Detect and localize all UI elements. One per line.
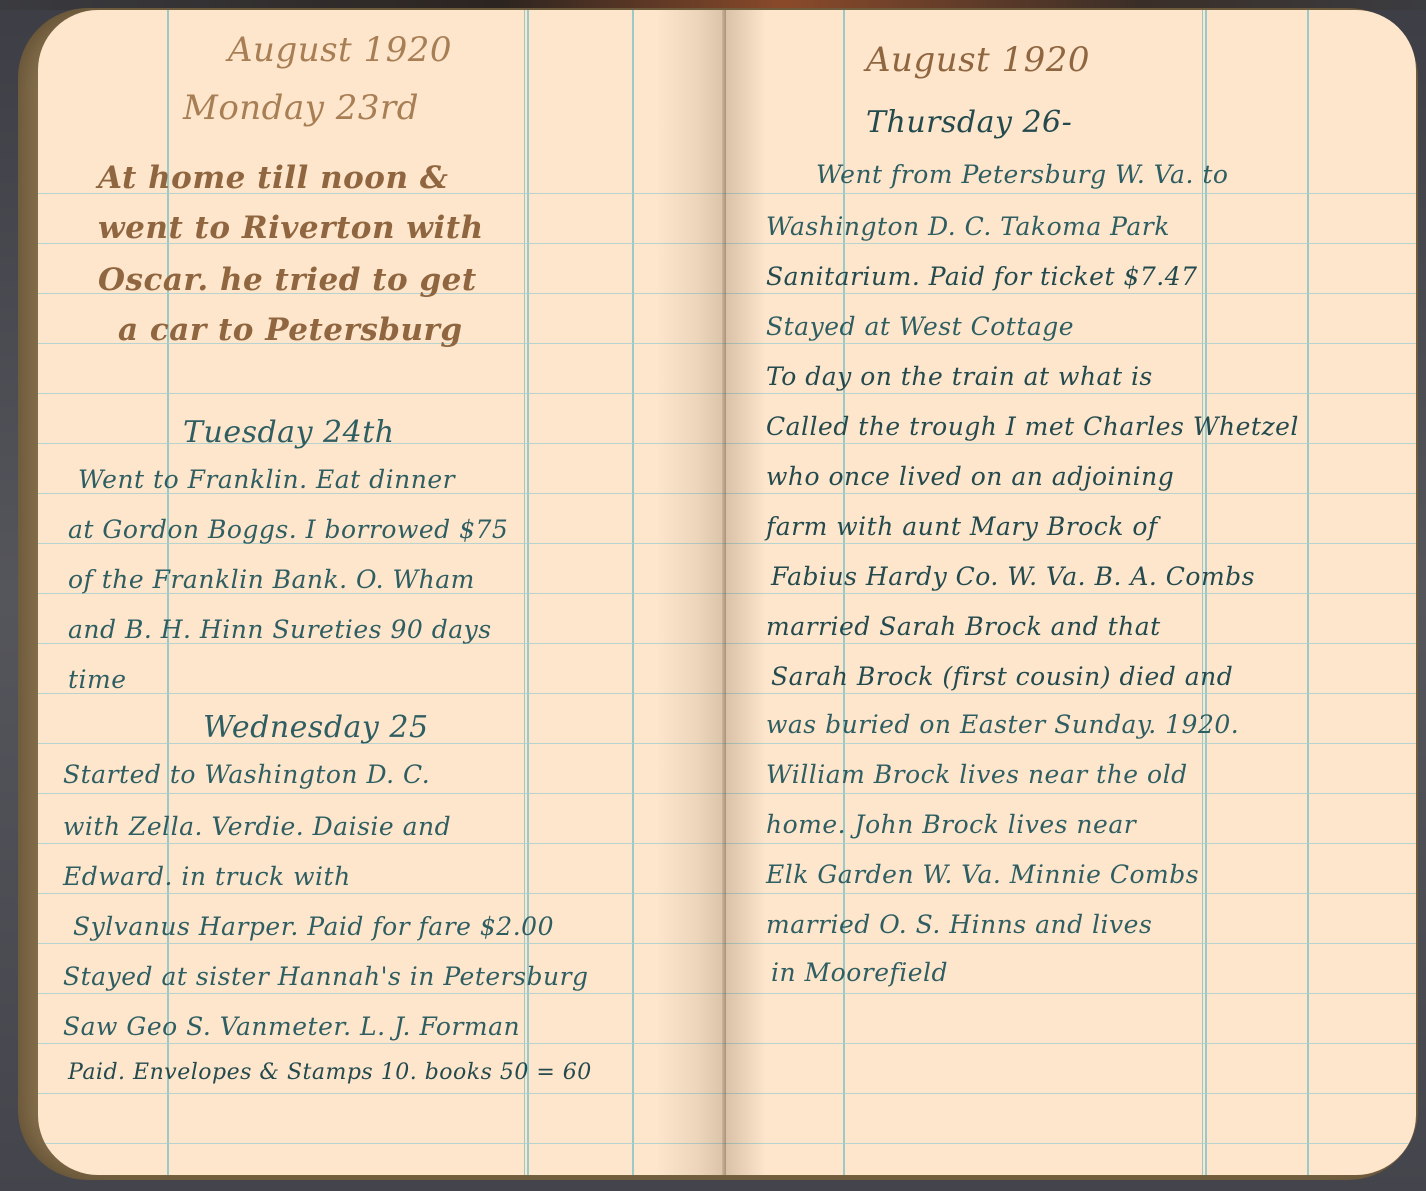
ruling-horizontal bbox=[726, 243, 1416, 244]
ruling-horizontal bbox=[726, 443, 1416, 444]
ruling-horizontal bbox=[38, 993, 726, 994]
left-page: August 1920 Monday 23rd At home till noo… bbox=[38, 10, 726, 1175]
entry-line: a car to Petersburg bbox=[118, 312, 463, 348]
entry-line: At home till noon & bbox=[98, 160, 448, 196]
ruling-horizontal bbox=[726, 193, 1416, 194]
entry-line: Sanitarium. Paid for ticket $7.47 bbox=[766, 262, 1198, 291]
ruling-horizontal bbox=[726, 1093, 1416, 1094]
entry-line: Oscar. he tried to get bbox=[98, 262, 477, 298]
entry-line: married Sarah Brock and that bbox=[766, 612, 1161, 641]
entry-line: home. John Brock lives near bbox=[766, 810, 1136, 839]
ruling-horizontal bbox=[38, 893, 726, 894]
entry-line: Edward. in truck with bbox=[63, 862, 351, 891]
entry-line: of the Franklin Bank. O. Wham bbox=[68, 565, 475, 594]
day-heading-monday: Monday 23rd bbox=[183, 88, 419, 128]
entry-line: Sylvanus Harper. Paid for fare $2.00 bbox=[73, 912, 554, 941]
month-header: August 1920 bbox=[228, 30, 452, 70]
entry-line: farm with aunt Mary Brock of bbox=[766, 512, 1158, 541]
ruling-horizontal bbox=[726, 1043, 1416, 1044]
ruling-horizontal bbox=[726, 343, 1416, 344]
ruling-horizontal bbox=[726, 743, 1416, 744]
entry-line: Stayed at West Cottage bbox=[766, 312, 1074, 341]
entry-line: was buried on Easter Sunday. 1920. bbox=[766, 710, 1239, 739]
entry-line: in Moorefield bbox=[771, 958, 948, 987]
ruling-horizontal bbox=[726, 393, 1416, 394]
entry-line: Started to Washington D. C. bbox=[63, 760, 430, 789]
ruling-horizontal bbox=[726, 493, 1416, 494]
entry-line: time bbox=[68, 665, 127, 694]
ruling-horizontal bbox=[38, 943, 726, 944]
entry-line: Saw Geo S. Vanmeter. L. J. Forman bbox=[63, 1012, 520, 1041]
day-heading-thursday: Thursday 26- bbox=[866, 105, 1072, 140]
ruling-horizontal bbox=[726, 693, 1416, 694]
ruling-horizontal bbox=[38, 693, 726, 694]
ruling-horizontal bbox=[726, 643, 1416, 644]
ruling-horizontal bbox=[38, 1093, 726, 1094]
entry-line: and B. H. Hinn Sureties 90 days bbox=[68, 615, 492, 644]
ruling-horizontal bbox=[38, 1143, 726, 1144]
entry-line: Elk Garden W. Va. Minnie Combs bbox=[766, 860, 1199, 889]
entry-line: Went to Franklin. Eat dinner bbox=[78, 465, 455, 494]
entry-line: William Brock lives near the old bbox=[766, 760, 1188, 789]
month-header: August 1920 bbox=[866, 40, 1090, 80]
entry-line: Paid. Envelopes & Stamps 10. books 50 = … bbox=[68, 1060, 592, 1085]
entry-line: at Gordon Boggs. I borrowed $75 bbox=[68, 515, 508, 544]
ruling-horizontal bbox=[38, 843, 726, 844]
ruling-horizontal bbox=[726, 293, 1416, 294]
entry-line: Fabius Hardy Co. W. Va. B. A. Combs bbox=[771, 562, 1255, 591]
ruling-horizontal bbox=[726, 793, 1416, 794]
ruling-horizontal bbox=[726, 943, 1416, 944]
ruling-horizontal bbox=[38, 1043, 726, 1044]
entry-line: Called the trough I met Charles Whetzel bbox=[766, 412, 1299, 441]
ruling-horizontal bbox=[726, 893, 1416, 894]
entry-line: Sarah Brock (first cousin) died and bbox=[771, 662, 1233, 691]
ruling-horizontal bbox=[726, 543, 1416, 544]
right-page: August 1920 Thursday 26- Went from Peter… bbox=[726, 10, 1416, 1175]
entry-line: Went from Petersburg W. Va. to bbox=[816, 160, 1228, 189]
ruling-horizontal bbox=[726, 1143, 1416, 1144]
entry-line: To day on the train at what is bbox=[766, 362, 1153, 391]
entry-line: married O. S. Hinns and lives bbox=[766, 910, 1152, 939]
entry-line: with Zella. Verdie. Daisie and bbox=[63, 812, 451, 841]
ruling-horizontal bbox=[726, 843, 1416, 844]
ruling-horizontal bbox=[726, 593, 1416, 594]
ruling-horizontal bbox=[726, 993, 1416, 994]
day-heading-tuesday: Tuesday 24th bbox=[183, 415, 395, 450]
entry-line: Stayed at sister Hannah's in Petersburg bbox=[63, 962, 589, 991]
entry-line: went to Riverton with bbox=[98, 210, 484, 246]
ruling-horizontal bbox=[38, 793, 726, 794]
day-heading-wednesday: Wednesday 25 bbox=[203, 710, 429, 745]
entry-line: who once lived on an adjoining bbox=[766, 462, 1174, 491]
entry-line: Washington D. C. Takoma Park bbox=[766, 212, 1170, 241]
ruling-horizontal bbox=[38, 393, 726, 394]
